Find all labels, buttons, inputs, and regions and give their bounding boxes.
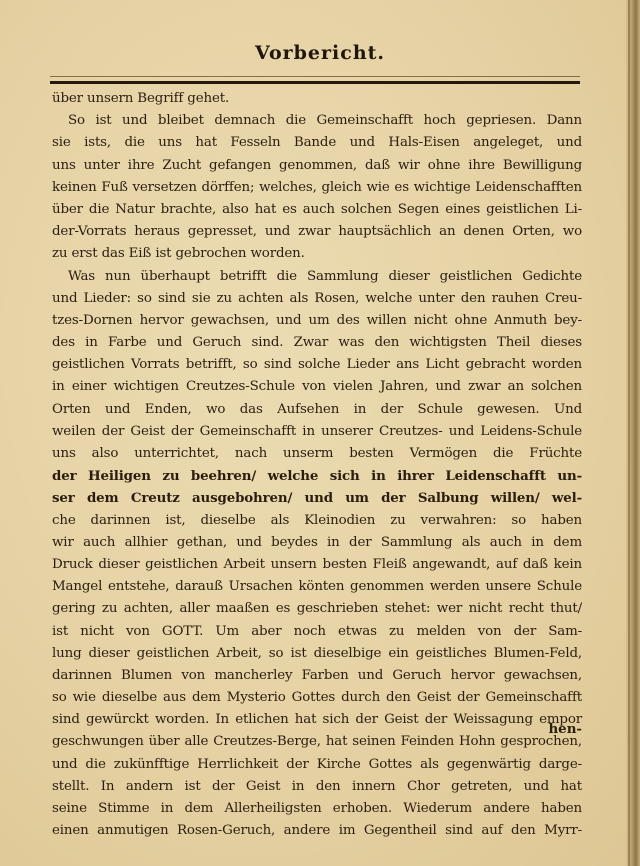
- text-line: So ist und bleibet demnach die Gemeinsch…: [52, 110, 582, 132]
- running-header: Vorbericht.: [0, 42, 640, 64]
- text-line: der-Vorrats heraus gepresset, und zwar h…: [52, 221, 582, 243]
- text-line: lung dieser geistlichen Arbeit, so ist d…: [52, 643, 582, 665]
- page-edge-line: [628, 0, 630, 866]
- text-line: so wie dieselbe aus dem Mysterio Gottes …: [52, 687, 582, 709]
- text-line: gering zu achten, aller maaßen es geschr…: [52, 598, 582, 620]
- header-rule-thin: [50, 76, 580, 77]
- text-line: einen anmutigen Rosen-Geruch, andere im …: [52, 820, 582, 842]
- text-line: Mangel entstehe, darauß Ursachen könten …: [52, 576, 582, 598]
- text-line: uns unter ihre Zucht gefangen genommen, …: [52, 155, 582, 177]
- text-line: Was nun überhaupt betrifft die Sammlung …: [52, 266, 582, 288]
- text-line: uns also unterrichtet, nach unserm beste…: [52, 443, 582, 465]
- text-line: des in Farbe und Geruch sind. Zwar was d…: [52, 332, 582, 354]
- catchword: hen-: [52, 718, 582, 740]
- text-line: keinen Fuß versetzen dörffen; welches, g…: [52, 177, 582, 199]
- text-line: weilen der Geist der Gemeinschafft in un…: [52, 421, 582, 443]
- text-line: der Heiligen zu beehren/ welche sich in …: [52, 465, 582, 487]
- text-line: Druck dieser geistlichen Arbeit unsern b…: [52, 554, 582, 576]
- text-line: tzes-Dornen hervor gewachsen, und um des…: [52, 310, 582, 332]
- text-line: über unsern Begriff gehet.: [52, 88, 582, 110]
- header-title: Vorbericht.: [255, 42, 385, 64]
- text-line: ser dem Creutz ausgebohren/ und um der S…: [52, 487, 582, 509]
- text-line: wir auch allhier gethan, und beydes in d…: [52, 532, 582, 554]
- text-line: und die zukünfftige Herrlichkeit der Kir…: [52, 754, 582, 776]
- text-line: stellt. In andern ist der Geist in den i…: [52, 776, 582, 798]
- text-line: und Lieder: so sind sie zu achten als Ro…: [52, 288, 582, 310]
- text-line: über die Natur brachte, also hat es auch…: [52, 199, 582, 221]
- scanned-page: Vorbericht. über unsern Begriff gehet. S…: [0, 0, 640, 866]
- text-line: in einer wichtigen Creutzes-Schule von v…: [52, 376, 582, 398]
- header-rule-thick: [50, 81, 580, 84]
- text-line: darinnen Blumen von mancherley Farben un…: [52, 665, 582, 687]
- text-line: ist nicht von GOTT. Um aber noch etwas z…: [52, 621, 582, 643]
- text-line: seine Stimme in dem Allerheiligsten erho…: [52, 798, 582, 820]
- text-line: geistlichen Vorrats betrifft, so sind so…: [52, 354, 582, 376]
- text-line: che darinnen ist, dieselbe als Kleinodie…: [52, 510, 582, 532]
- text-line: zu erst das Eiß ist gebrochen worden.: [52, 243, 582, 265]
- text-line: sie ists, die uns hat Fesseln Bande und …: [52, 132, 582, 154]
- text-line: Orten und Enden, wo das Aufsehen in der …: [52, 399, 582, 421]
